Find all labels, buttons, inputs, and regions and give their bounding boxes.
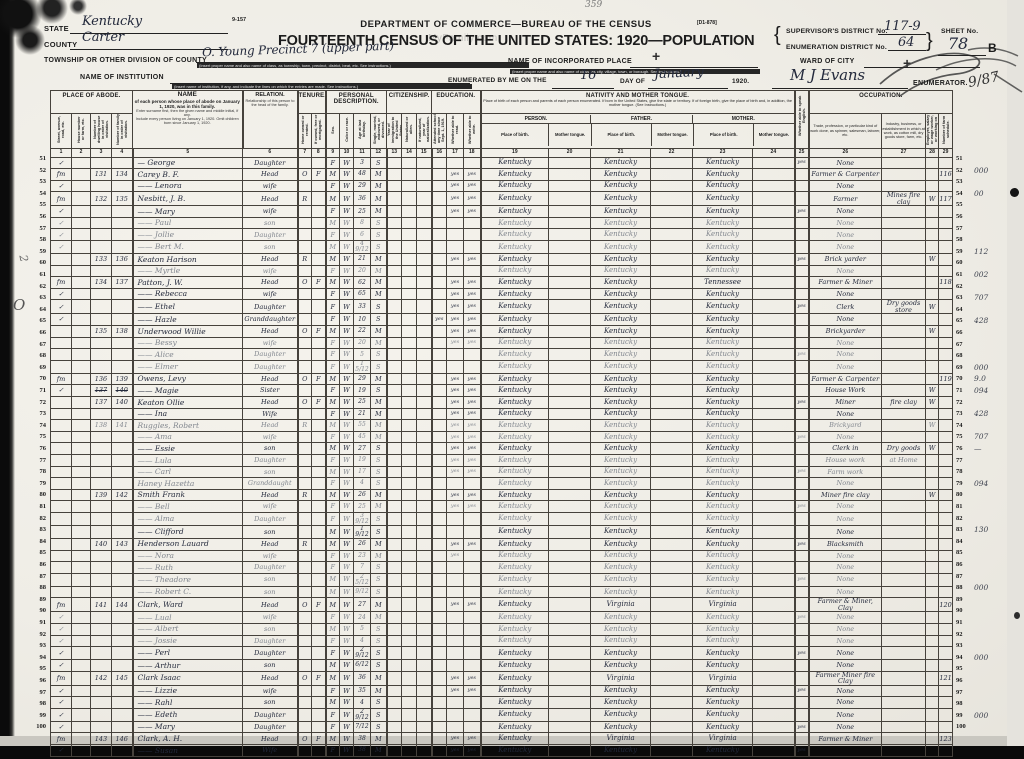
cell-pt: [549, 733, 591, 745]
cell-sx: F: [326, 349, 340, 361]
cell-mt: [753, 420, 795, 432]
cell-ms: M: [371, 431, 387, 443]
cell-fa: [112, 478, 133, 490]
cell-na: [402, 489, 417, 501]
cell-yi: [387, 573, 402, 586]
cell-ck: ✓: [51, 314, 72, 326]
cell-pt: [549, 265, 591, 277]
cell-em: [926, 635, 939, 647]
cell-na: [402, 385, 417, 397]
row-number-right: 70: [956, 375, 972, 382]
cell-mt: [753, 635, 795, 647]
cell-fa: [112, 288, 133, 300]
cell-rl: Daughter: [243, 454, 298, 466]
cell-ft: [651, 385, 693, 397]
row-number-right: 74: [956, 422, 972, 429]
group-tenure: TENURE.: [298, 91, 326, 114]
cell-sx: F: [326, 180, 340, 192]
cell-em: [926, 512, 939, 525]
cell-in: [882, 314, 926, 326]
cell-ck: [51, 443, 72, 455]
cell-ow: O: [298, 397, 312, 409]
cell-pt: [549, 420, 591, 432]
cell-fs: [939, 314, 953, 326]
cell-dw: [91, 660, 112, 672]
cell-mb: Kentucky: [693, 538, 753, 550]
cell-sx: M: [326, 697, 340, 709]
column-number: 16: [432, 148, 447, 157]
cell-ms: S: [371, 708, 387, 721]
cell-nm: —— Alice: [133, 349, 243, 361]
cell-ny: [417, 277, 432, 289]
cell-nm: —— Edeth: [133, 708, 243, 721]
cell-nm: —— Hazle: [133, 314, 243, 326]
cell-ms: S: [371, 647, 387, 660]
cell-cr: W: [340, 612, 354, 624]
group-place-of-abode: PLACE OF ABODE.: [51, 91, 133, 114]
cell-pt: [549, 217, 591, 229]
cell-wr: [464, 217, 481, 229]
cell-nm: —— Lizzie: [133, 685, 243, 697]
cell-sc: [432, 217, 447, 229]
cell-mt: [753, 254, 795, 266]
cell-in: [882, 612, 926, 624]
cell-yi: [387, 360, 402, 373]
cell-ck: [51, 454, 72, 466]
cell-oc: None: [809, 708, 882, 721]
cell-in: Dry goods store: [882, 300, 926, 314]
cell-hn: [72, 550, 91, 562]
row-number-right: 65: [956, 317, 972, 324]
cell-dw: [91, 586, 112, 598]
form-number: 9-157: [232, 17, 246, 23]
cell-ny: [417, 337, 432, 349]
cell-na: [402, 206, 417, 218]
cell-ow: [298, 525, 312, 538]
cell-in: [882, 685, 926, 697]
cell-en: [795, 229, 809, 241]
cell-nm: —— Rahl: [133, 697, 243, 709]
cell-cr: W: [340, 635, 354, 647]
cell-wr: yes: [464, 420, 481, 432]
cell-dw: [91, 612, 112, 624]
cell-oc: Farmer & Carpenter: [809, 373, 882, 385]
cell-hn: [72, 685, 91, 697]
cell-ms: S: [371, 660, 387, 672]
cell-ck: fm: [51, 169, 72, 181]
cell-in: [882, 241, 926, 254]
cell-mt: [753, 360, 795, 373]
cell-cr: W: [340, 512, 354, 525]
cell-ms: M: [371, 169, 387, 181]
cell-yi: [387, 265, 402, 277]
cell-yi: [387, 443, 402, 455]
cell-ms: S: [371, 229, 387, 241]
cell-sx: M: [326, 466, 340, 478]
cell-hn: [72, 598, 91, 612]
cell-yi: [387, 326, 402, 338]
cell-mt: [753, 373, 795, 385]
cell-pb: Kentucky: [481, 397, 549, 409]
cell-na: [402, 288, 417, 300]
cell-mb: Kentucky: [693, 454, 753, 466]
cell-hn: [72, 408, 91, 420]
column-number: 7: [298, 148, 312, 157]
cell-mb: Kentucky: [693, 337, 753, 349]
cell-yi: [387, 217, 402, 229]
cell-in: [882, 288, 926, 300]
cell-cr: W: [340, 157, 354, 169]
cell-fa: [112, 180, 133, 192]
cell-mt: [753, 478, 795, 490]
margin-pencil-note: —: [974, 444, 982, 453]
cell-rd: yes: [447, 443, 464, 455]
cell-nm: —— Arthur: [133, 660, 243, 672]
column-number: 10: [340, 148, 354, 157]
cell-ow: [298, 180, 312, 192]
cell-rd: yes: [447, 431, 464, 443]
cell-in: [882, 337, 926, 349]
cell-wr: [464, 550, 481, 562]
cell-na: [402, 265, 417, 277]
cell-nm: —— Alma: [133, 512, 243, 525]
cell-ms: S: [371, 217, 387, 229]
cell-cr: W: [340, 229, 354, 241]
column-number: 19: [481, 148, 549, 157]
row-number-left: 99: [30, 712, 46, 719]
cell-cr: W: [340, 300, 354, 314]
cell-fs: [939, 385, 953, 397]
margin-pencil-note: 707: [974, 432, 988, 441]
row-number-right: 92: [956, 631, 972, 638]
cell-fs: [939, 708, 953, 721]
cell-hn: [72, 660, 91, 672]
cell-ny: [417, 525, 432, 538]
cell-fs: [939, 397, 953, 409]
cell-yi: [387, 466, 402, 478]
cell-ow: [298, 349, 312, 361]
census-row: fm132135Nesbitt, J. B.HeadRMW36MyesyesKe…: [51, 192, 953, 206]
institution-note: (Insert name of institution, if any, and…: [172, 84, 472, 89]
cell-dw: 131: [91, 169, 112, 181]
cell-cr: W: [340, 397, 354, 409]
census-row: 135138Underwood WillieHeadOFMW22MyesyesK…: [51, 326, 953, 338]
cell-rl: Head: [243, 598, 298, 612]
cell-nm: Owens, Levy: [133, 373, 243, 385]
cell-nm: —— Clifford: [133, 525, 243, 538]
cell-rd: yes: [447, 373, 464, 385]
cell-fs: [939, 349, 953, 361]
row-number-right: 94: [956, 654, 972, 661]
row-number-right: 59: [956, 248, 972, 255]
cell-sc: [432, 489, 447, 501]
group-nativity: NATIVITY AND MOTHER TONGUE.Place of birt…: [481, 91, 795, 114]
cell-rl: Daughter: [243, 229, 298, 241]
cell-nm: —— Ama: [133, 431, 243, 443]
cell-pb: Kentucky: [481, 241, 549, 254]
cell-en: [795, 217, 809, 229]
cell-em: W: [926, 420, 939, 432]
cell-pb: Kentucky: [481, 612, 549, 624]
cell-ms: S: [371, 241, 387, 254]
column-number: 4: [112, 148, 133, 157]
cell-ck: [51, 512, 72, 525]
column-number: 21: [591, 148, 651, 157]
cell-mb: Kentucky: [693, 635, 753, 647]
cell-ag: 2 9/12: [354, 708, 371, 721]
cell-wr: [464, 635, 481, 647]
cell-oc: None: [809, 612, 882, 624]
cell-ck: [51, 326, 72, 338]
cell-mg: [312, 180, 326, 192]
cell-sc: [432, 180, 447, 192]
cell-ck: ✓: [51, 635, 72, 647]
cell-em: [926, 745, 939, 757]
cell-ag: 2 5/12: [354, 573, 371, 586]
cell-ms: M: [371, 538, 387, 550]
census-row: ✓—— PerlDaughterFW2 9/12SKentuckyKentuck…: [51, 647, 953, 660]
census-row: —— MyrtlewifeFW20MKentuckyKentuckyKentuc…: [51, 265, 953, 277]
cell-fa: [112, 697, 133, 709]
cell-ny: [417, 454, 432, 466]
row-number-right: 54: [956, 190, 972, 197]
cell-yi: [387, 431, 402, 443]
cell-cr: W: [340, 206, 354, 218]
row-number-right: 57: [956, 225, 972, 232]
cell-mb: Kentucky: [693, 489, 753, 501]
cell-dw: 134: [91, 277, 112, 289]
cell-ms: M: [371, 254, 387, 266]
column-label: If naturalized, year of naturalization.: [417, 114, 432, 149]
cell-fb: Kentucky: [591, 385, 651, 397]
row-number-left: 93: [30, 642, 46, 649]
cell-ag: 6: [354, 229, 371, 241]
cell-ft: [651, 685, 693, 697]
cell-en: yes: [795, 157, 809, 169]
cell-ow: [298, 647, 312, 660]
enumerator-signature: M J Evans: [790, 66, 865, 84]
cell-ny: [417, 192, 432, 206]
cell-wr: yes: [464, 538, 481, 550]
cell-pt: [549, 478, 591, 490]
cell-mb: Kentucky: [693, 550, 753, 562]
sheet-value: 78: [948, 34, 968, 53]
cell-ny: [417, 671, 432, 685]
cell-yi: [387, 660, 402, 672]
cell-ft: [651, 478, 693, 490]
cell-ny: [417, 697, 432, 709]
cell-mb: Tennessee: [693, 277, 753, 289]
cell-in: [882, 489, 926, 501]
census-row: 137140Keaton OllieHeadOFMW25MyesyesKentu…: [51, 397, 953, 409]
cell-pt: [549, 360, 591, 373]
cell-fa: [112, 525, 133, 538]
cell-mg: F: [312, 671, 326, 685]
census-row: fm136139Owens, LevyHeadOFMW29MyesyesKent…: [51, 373, 953, 385]
cell-pb: Kentucky: [481, 623, 549, 635]
cell-dw: 143: [91, 733, 112, 745]
cell-oc: None: [809, 206, 882, 218]
cell-oc: None: [809, 501, 882, 513]
cell-cr: W: [340, 326, 354, 338]
cell-mg: [312, 454, 326, 466]
sheet-line: [938, 54, 986, 56]
cell-hn: [72, 562, 91, 574]
cell-ow: [298, 300, 312, 314]
cell-en: [795, 408, 809, 420]
census-row: Haney HazettaGranddaughtFW4SKentuckyKent…: [51, 478, 953, 490]
cell-sx: M: [326, 538, 340, 550]
cell-pb: Kentucky: [481, 229, 549, 241]
column-number: 5: [133, 148, 243, 157]
cell-ag: 4 9/12: [354, 241, 371, 254]
column-label: Street, avenue, road, etc.: [51, 114, 72, 149]
cell-ms: M: [371, 685, 387, 697]
cell-ft: [651, 721, 693, 733]
cell-pt: [549, 671, 591, 685]
cell-sx: M: [326, 397, 340, 409]
cell-ag: 3 9/12: [354, 512, 371, 525]
cell-pb: Kentucky: [481, 314, 549, 326]
cell-mt: [753, 300, 795, 314]
incorporated-place-label: NAME OF INCORPORATED PLACE: [508, 58, 632, 65]
cell-dw: 142: [91, 671, 112, 685]
cell-cr: W: [340, 525, 354, 538]
cell-ow: [298, 217, 312, 229]
cell-ck: fm: [51, 277, 72, 289]
cell-mt: [753, 206, 795, 218]
cell-en: yes: [795, 466, 809, 478]
cell-dw: [91, 525, 112, 538]
row-number-left: 53: [30, 178, 46, 185]
cell-sx: M: [326, 169, 340, 181]
cell-pt: [549, 349, 591, 361]
cell-in: [882, 360, 926, 373]
cell-fa: 134: [112, 169, 133, 181]
cell-na: [402, 685, 417, 697]
cell-em: [926, 288, 939, 300]
cell-mb: Kentucky: [693, 660, 753, 672]
cell-mg: [312, 217, 326, 229]
cell-hn: [72, 206, 91, 218]
cell-mg: [312, 337, 326, 349]
cell-sc: [432, 478, 447, 490]
cell-na: [402, 349, 417, 361]
cell-nm: Keaton Harison: [133, 254, 243, 266]
cell-en: [795, 489, 809, 501]
row-number-left: 77: [30, 457, 46, 464]
cell-pb: Kentucky: [481, 733, 549, 745]
cell-fs: 118: [939, 277, 953, 289]
cell-fb: Kentucky: [591, 300, 651, 314]
census-row: ✓—— Bert M.sonMW4 9/12SKentuckyKentuckyK…: [51, 241, 953, 254]
cell-ms: S: [371, 562, 387, 574]
cell-in: [882, 586, 926, 598]
cell-ag: 5: [354, 623, 371, 635]
row-number-left: 82: [30, 515, 46, 522]
cell-dw: [91, 206, 112, 218]
cell-ms: M: [371, 489, 387, 501]
cell-sx: M: [326, 373, 340, 385]
cell-ow: O: [298, 598, 312, 612]
cell-na: [402, 420, 417, 432]
row-number-left: 86: [30, 561, 46, 568]
cell-fb: Kentucky: [591, 612, 651, 624]
cell-ms: S: [371, 466, 387, 478]
row-number-left: 72: [30, 399, 46, 406]
census-row: ✓—— LizziewifeFW35MyesyesKentuckyKentuck…: [51, 685, 953, 697]
census-row: fm141144Clark, WardHeadOFMW27MyesyesKent…: [51, 598, 953, 612]
cell-en: [795, 708, 809, 721]
cell-mt: [753, 337, 795, 349]
cell-rd: yes: [447, 314, 464, 326]
cell-pt: [549, 550, 591, 562]
cell-mb: Virginia: [693, 671, 753, 685]
cell-mg: [312, 254, 326, 266]
cell-ft: [651, 229, 693, 241]
cell-fb: Kentucky: [591, 697, 651, 709]
cell-nm: Keaton Ollie: [133, 397, 243, 409]
cell-rl: wife: [243, 431, 298, 443]
cell-ms: S: [371, 623, 387, 635]
cell-wr: [464, 647, 481, 660]
cell-pb: Kentucky: [481, 277, 549, 289]
cell-ms: M: [371, 612, 387, 624]
cell-en: [795, 586, 809, 598]
cell-in: [882, 697, 926, 709]
cell-ft: [651, 397, 693, 409]
cell-yi: [387, 229, 402, 241]
cell-hn: [72, 288, 91, 300]
cell-ny: [417, 635, 432, 647]
cell-ft: [651, 288, 693, 300]
cell-ft: [651, 733, 693, 745]
cell-rl: Wife: [243, 745, 298, 757]
cell-wr: [464, 721, 481, 733]
cell-pb: Kentucky: [481, 550, 549, 562]
cell-oc: Blacksmith: [809, 538, 882, 550]
cell-dw: [91, 512, 112, 525]
cell-fs: [939, 501, 953, 513]
row-number-left: 83: [30, 526, 46, 533]
cell-na: [402, 501, 417, 513]
row-number-right: 75: [956, 433, 972, 440]
cell-fs: [939, 408, 953, 420]
cell-oc: None: [809, 550, 882, 562]
cell-en: [795, 180, 809, 192]
census-row: ✓—— MaryDaughterFW7/12SKentuckyKentuckyK…: [51, 721, 953, 733]
cell-fa: 141: [112, 420, 133, 432]
cell-mt: [753, 169, 795, 181]
cell-nm: —— Rebecca: [133, 288, 243, 300]
cell-fa: [112, 550, 133, 562]
cell-ny: [417, 733, 432, 745]
cell-oc: None: [809, 337, 882, 349]
cell-yi: [387, 525, 402, 538]
cell-pb: Kentucky: [481, 647, 549, 660]
cell-yi: [387, 562, 402, 574]
cell-rd: yes: [447, 538, 464, 550]
row-number-left: 63: [30, 294, 46, 301]
cell-pt: [549, 466, 591, 478]
bracket-close: }: [926, 30, 933, 53]
cell-sc: [432, 300, 447, 314]
cell-hn: [72, 192, 91, 206]
cell-mt: [753, 385, 795, 397]
cell-na: [402, 192, 417, 206]
census-row: ✓—— EdethDaughterFW2 9/12SKentuckyKentuc…: [51, 708, 953, 721]
cell-fa: [112, 745, 133, 757]
